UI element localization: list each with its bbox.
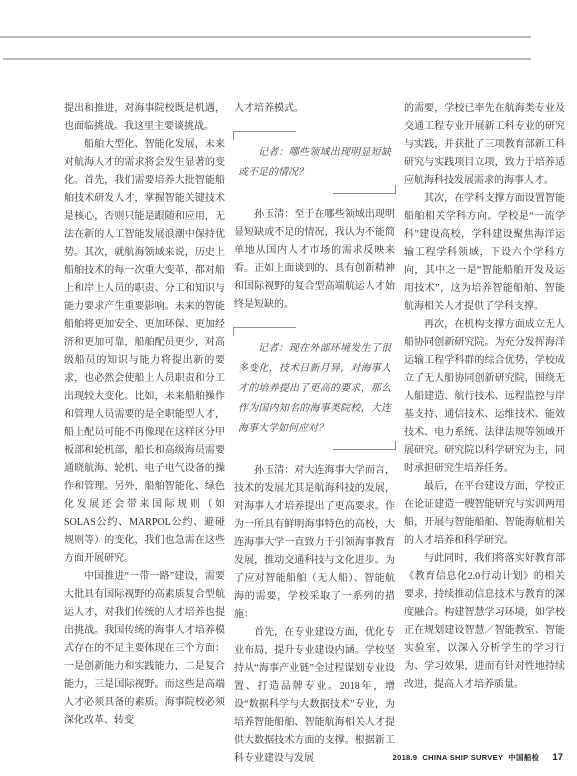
paragraph: 其次，在学科支撑方面设置智能船舶相关学科方向。学校是“一流学科”建设高校，学科建… bbox=[404, 190, 565, 316]
interview-question-quote: 记者：现在外部环境发生了很多变化，技术日新月异，对海事人才的培养提出了更高的要求… bbox=[234, 327, 395, 450]
paragraph: 提出和推进，对海事院校既是机遇，也面临挑战。我这里主要谈挑战。 bbox=[64, 100, 225, 136]
paragraph: 孙玉清：对大连海事大学而言，技术的发展尤其是航海科技的发展，对海事人才培养提出了… bbox=[234, 462, 395, 624]
header-rule-bottom bbox=[3, 58, 531, 60]
paragraph: 最后，在平台建设方面，学校正在论证建造一艘智能研究与实训两用船，开展与智能船舶、… bbox=[404, 478, 565, 550]
paragraph: 中国推进“一带一路”建设，需要大批具有国际视野的高素质复合型航运人才，对我们传统… bbox=[64, 568, 225, 730]
paragraph: 船舶大型化、智能化发展，未来对航海人才的需求将会发生显著的变化。首先，我们需要培… bbox=[64, 136, 225, 568]
paragraph: 人才培养模式。 bbox=[234, 100, 395, 118]
header-rule-top bbox=[0, 36, 531, 38]
paragraph: 首先，在专业建设方面，优化专业布局，提升专业建设内涵。学校坚持从“海事产业链”全… bbox=[234, 624, 395, 768]
text-column-1: 提出和推进，对海事院校既是机遇，也面临挑战。我这里主要谈挑战。 船舶大型化、智能… bbox=[64, 100, 225, 768]
paragraph: 与此同时，我们将落实好教育部《教育信息化2.0行动计划》的相关要求，持续推动信息… bbox=[404, 550, 565, 694]
paragraph: 的需要，学校已率先在航海类专业及交通工程专业开展新工科专业的研究与实践，并获批了… bbox=[404, 100, 565, 190]
page-number: 17 bbox=[552, 752, 563, 763]
text-column-2: 人才培养模式。 记者：哪些领域出现明显短缺或不足的情况？ 孙玉清：至于在哪些领域… bbox=[234, 100, 395, 768]
footer-journal-cn: 中国船检 bbox=[508, 752, 539, 763]
magazine-page: 提出和推进，对海事院校既是机遇，也面临挑战。我这里主要谈挑战。 船舶大型化、智能… bbox=[0, 0, 577, 776]
text-column-3: 的需要，学校已率先在航海类专业及交通工程专业开展新工科专业的研究与实践，并获批了… bbox=[404, 100, 565, 768]
paragraph: 再次，在机构支撑方面成立无人船协同创新研究院。为充分发挥海洋运输工程学科群的综合… bbox=[404, 316, 565, 478]
footer-journal-en: CHINA SHIP SURVEY bbox=[422, 753, 503, 762]
page-footer: 2018.9 CHINA SHIP SURVEY 中国船检 17 bbox=[393, 752, 563, 763]
article-body: 提出和推进，对海事院校既是机遇，也面临挑战。我这里主要谈挑战。 船舶大型化、智能… bbox=[64, 100, 565, 768]
paragraph: 孙玉清：至于在哪些领域出现明显短缺或不足的情况，我认为不能简单地从国内人才市场的… bbox=[234, 206, 395, 314]
footer-issue: 2018.9 bbox=[393, 753, 418, 762]
interview-question-quote: 记者：哪些领域出现明显短缺或不足的情况？ bbox=[234, 131, 395, 194]
